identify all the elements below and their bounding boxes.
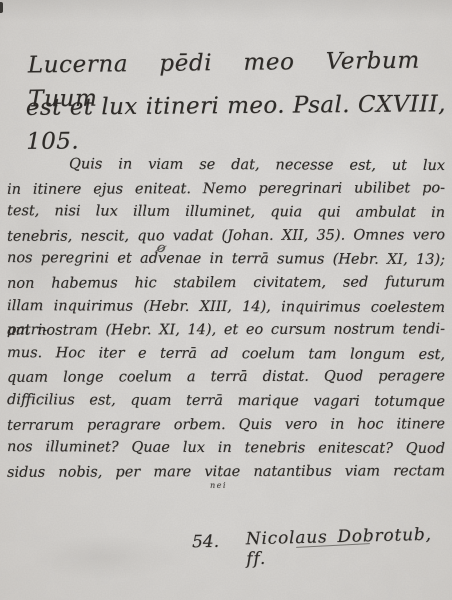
manuscript-line: nos peregrini et advenae in terrā sumus … xyxy=(7,247,445,273)
ink-smudge-edge xyxy=(0,2,3,13)
manuscript-line: tenebris, nescit, quo vadat (Johan. XII,… xyxy=(7,224,445,249)
manuscript-page: Lucerna pēdi meo Verbum Tuum est et lux … xyxy=(0,0,452,600)
manuscript-line: Quis in viam se dat, necesse est, ut lux xyxy=(7,153,445,179)
manuscript-line: terrarum peragrare orbem. Quis vero in h… xyxy=(7,413,445,438)
manuscript-line: am nostram (Hebr. XI, 14), et eo cursum … xyxy=(7,318,445,343)
paper-edge-shading xyxy=(0,0,452,22)
manuscript-line: illam inquirimus (Hebr. XIII, 14), inqui… xyxy=(7,295,445,321)
exercise-number: 54. xyxy=(192,532,219,552)
signature-name: Nicolaus Dobrotub, ff. xyxy=(246,525,433,570)
manuscript-line: quam longe coelum a terrā distat. Quod p… xyxy=(7,366,445,391)
manuscript-line: non habemus hic stabilem civitatem, sed … xyxy=(7,271,445,296)
manuscript-line: test, nisi lux illum illuminet, quia qui… xyxy=(7,200,445,226)
manuscript-line: difficilius est, quam terrā marique vaga… xyxy=(7,389,445,415)
manuscript-line: in itinere ejus eniteat. Nemo peregrinar… xyxy=(7,177,445,202)
paper-stain xyxy=(30,535,180,580)
insertion-note: nei xyxy=(210,481,227,490)
manuscript-line: nos illuminet? Quae lux in tenebris enit… xyxy=(7,436,445,462)
manuscript-line: mus. Hoc iter e terrā ad coelum tam long… xyxy=(7,342,445,368)
manuscript-body: Quis in viam se dat, necesse est, ut lux… xyxy=(7,154,445,484)
heading-psalm-line-2: est et lux itineri meo. Psal. CXVIII, 10… xyxy=(26,87,447,159)
